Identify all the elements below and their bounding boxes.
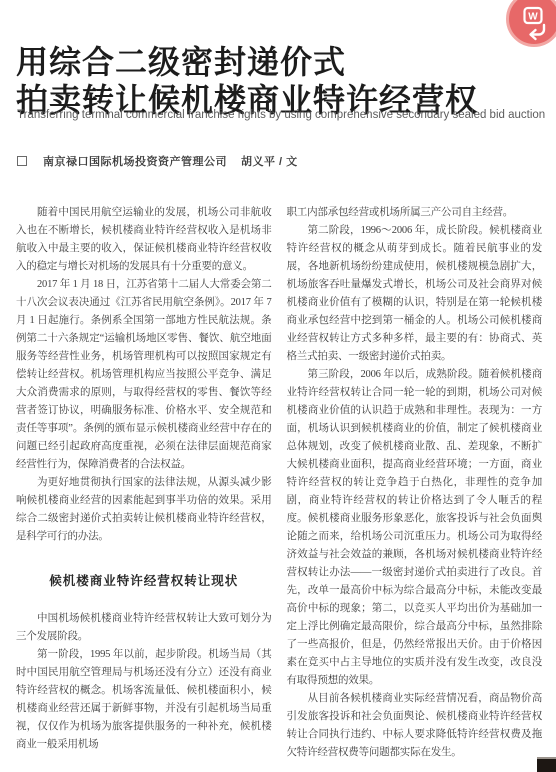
word-letter: W [528, 12, 538, 23]
body-paragraph: 第三阶段，2006 年以后，成熟阶段。随着候机楼商业特许经营权转让合同一轮一轮的… [287, 366, 543, 690]
byline-author: 胡义平 / 文 [241, 153, 298, 169]
byline-affiliation: 南京禄口国际机场投资资产管理公司 [43, 153, 227, 169]
article-body: 随着中国民用航空运输业的发展，机场公司非航收入也在不断增长，候机楼商业特许经营权… [16, 204, 542, 770]
byline: 南京禄口国际机场投资资产管理公司 胡义平 / 文 [17, 153, 298, 169]
body-paragraph: 从目前各候机楼商业实际经营情况看，商品物价高引发旅客投诉和社会负面舆论、候机楼商… [287, 690, 543, 762]
article-subtitle-en: Transferring terminal commercial franchi… [17, 109, 547, 121]
body-paragraph: 第二阶段，1996～2006 年，成长阶段。候机楼商业特许经营权的概念从萌芽到成… [287, 222, 543, 366]
body-paragraph: 为更好地贯彻执行国家的法律法规，从源头减少影响候机楼商业经营的因素能起到事半功倍… [16, 474, 272, 546]
body-paragraph: 随着中国民用航空运输业的发展，机场公司非航收入也在不断增长，候机楼商业特许经营权… [16, 204, 272, 276]
corner-decoration [537, 757, 556, 772]
magazine-page: W 用综合二级密封递价式 拍卖转让候机楼商业特许经营权 Transferring… [0, 0, 556, 772]
byline-square-icon [17, 156, 27, 166]
body-paragraph: 中国机场候机楼商业特许经营权转让大致可划分为三个发展阶段。 [16, 610, 272, 646]
word-doc-icon: W [509, 0, 556, 50]
left-column: 随着中国民用航空运输业的发展，机场公司非航收入也在不断增长，候机楼商业特许经营权… [16, 204, 272, 770]
body-paragraph: 职工内部承包经营或机场所属三产公司自主经营。 [287, 204, 543, 222]
word-doc-badge-button[interactable]: W [506, 0, 556, 47]
right-column: 职工内部承包经营或机场所属三产公司自主经营。第二阶段，1996～2006 年，成… [287, 204, 543, 770]
body-paragraph: 第一阶段，1995 年以前，起步阶段。机场当局（其时中国民用航空管理局与机场还没… [16, 646, 272, 754]
body-paragraph: 2017 年 1 月 18 日，江苏省第十二届人大常委会第二十八次会议表决通过《… [16, 276, 272, 474]
article-title-line1: 用综合二级密封递价式 [16, 44, 346, 80]
section-heading: 候机楼商业特许经营权转让现状 [16, 572, 272, 590]
